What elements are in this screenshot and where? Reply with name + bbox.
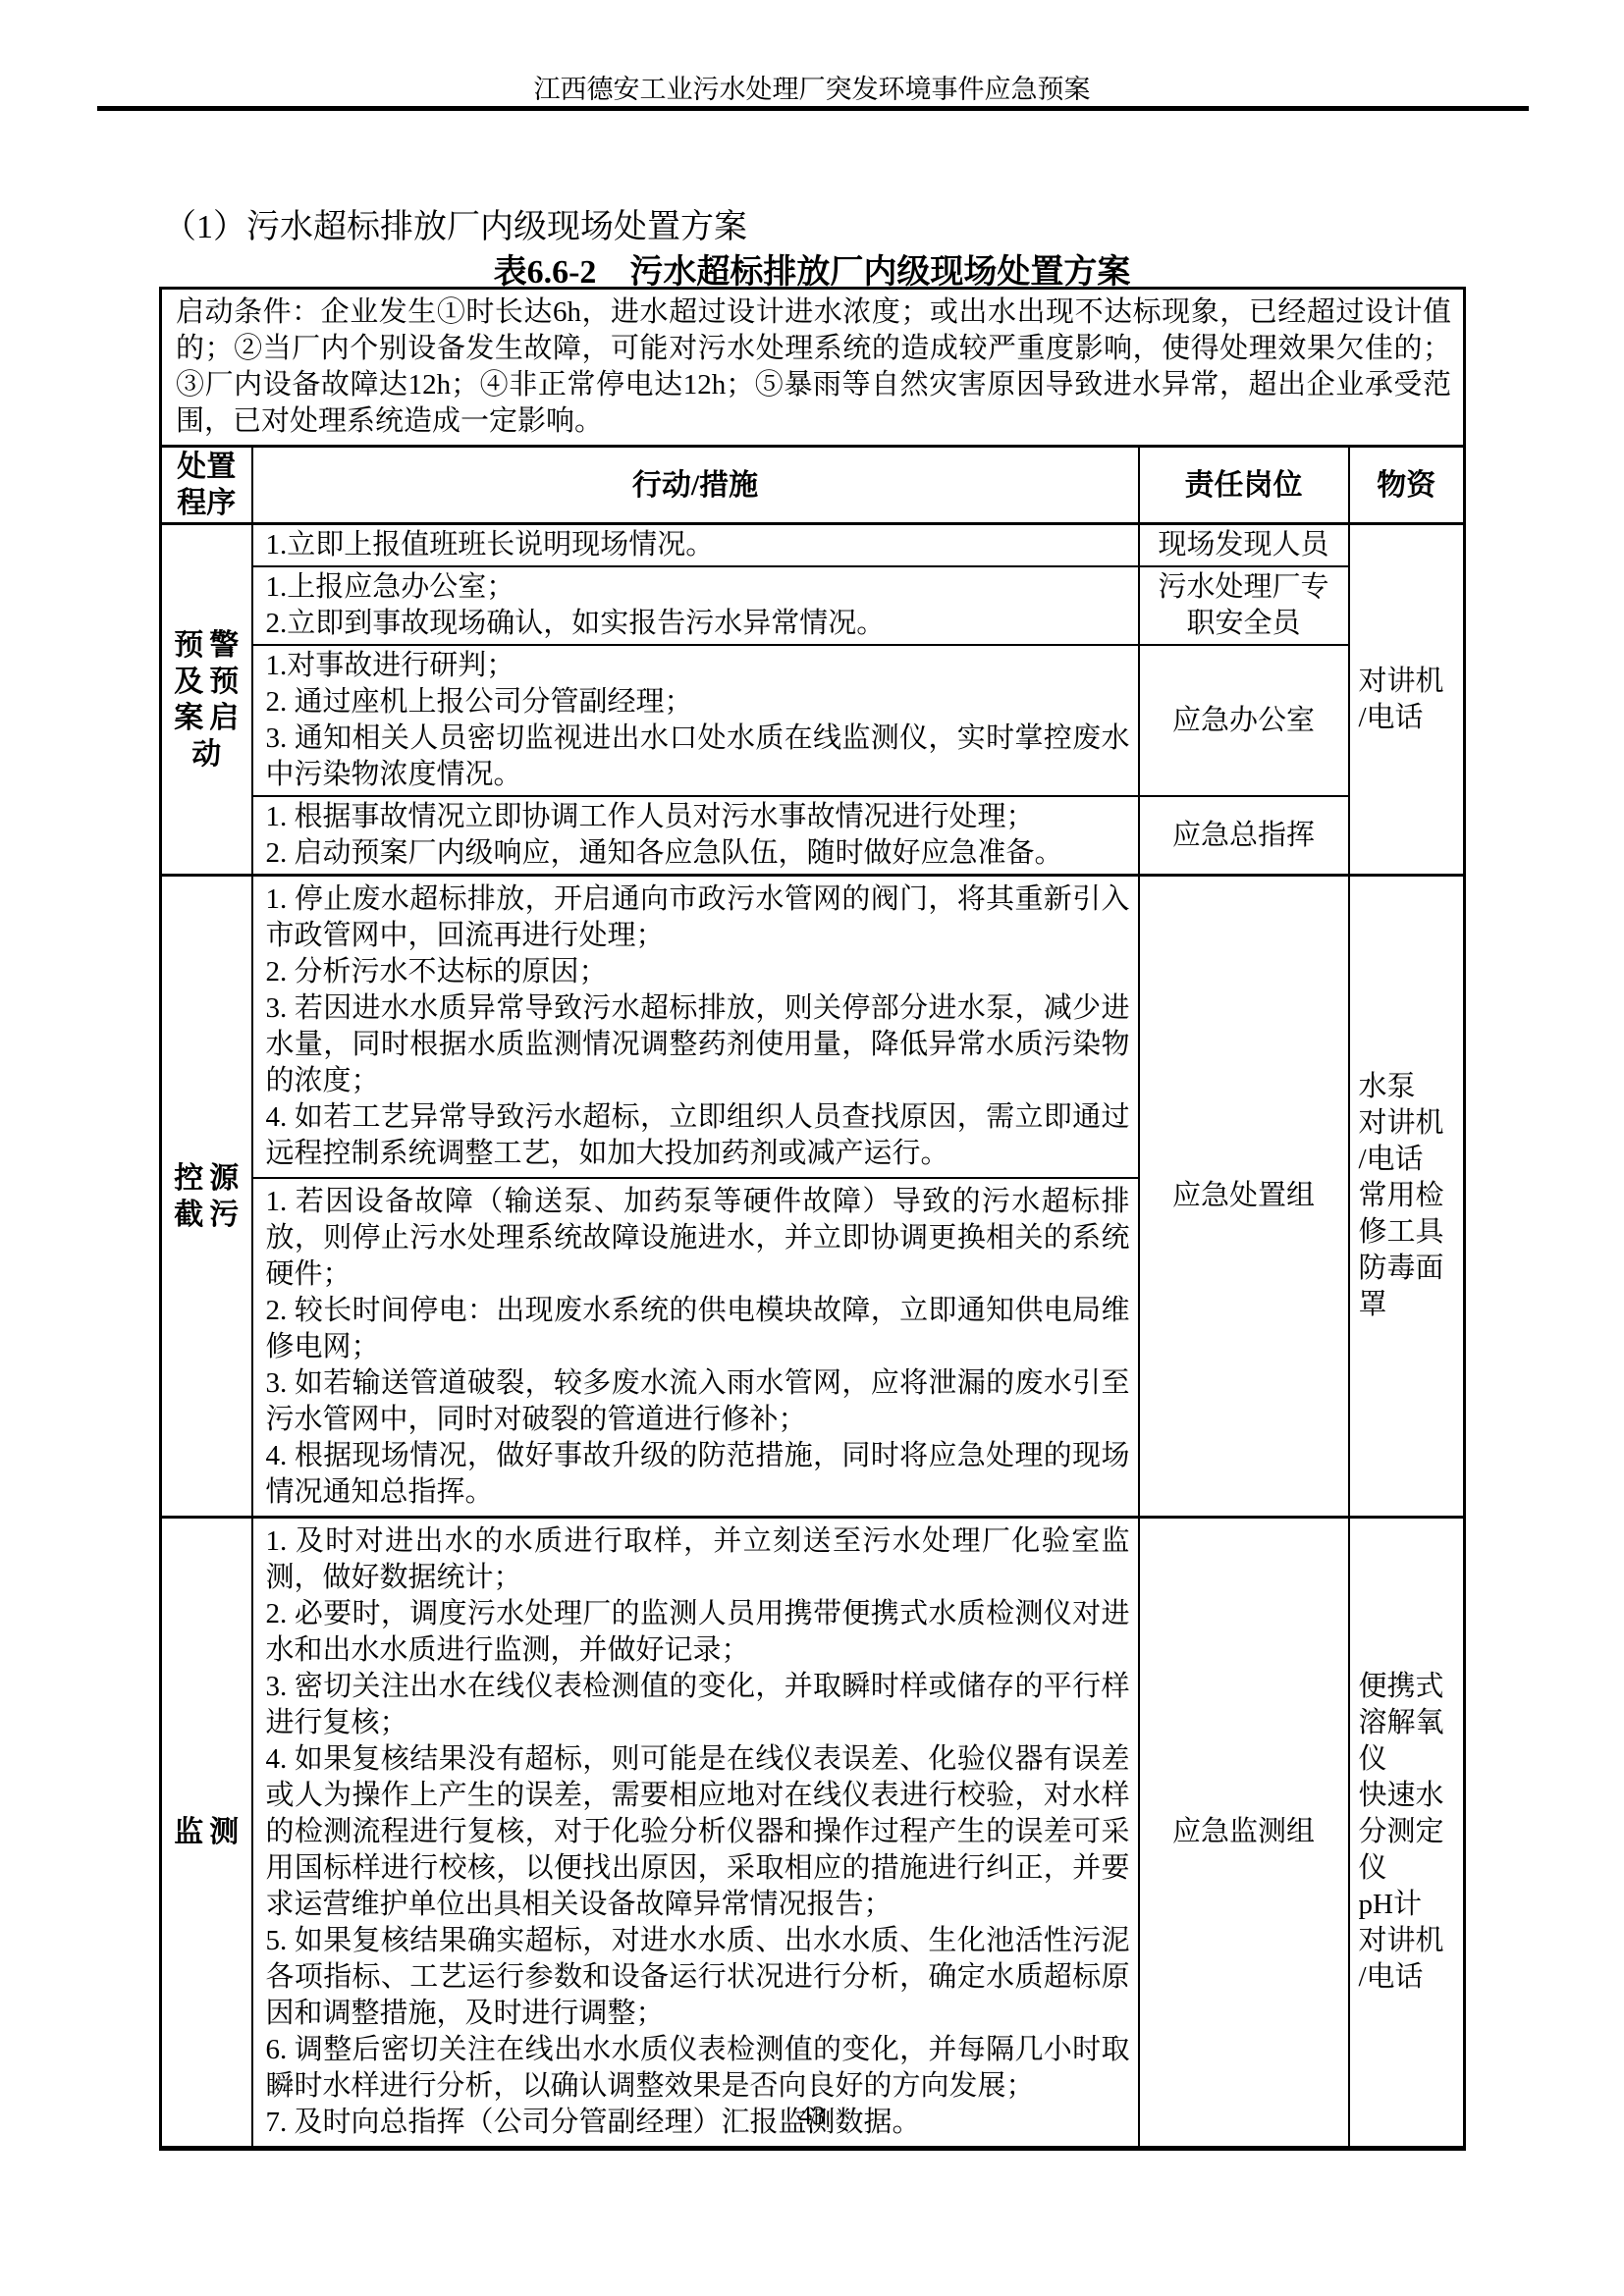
- table-row: 控源截污 1. 停止废水超标排放，开启通向市政污水管网的阀门，将其重新引入市政管…: [161, 876, 1465, 1179]
- role-cell: 应急监测组: [1139, 1518, 1349, 2149]
- table-row: 预警及预案启动 1.立即上报值班班长说明现场情况。 现场发现人员 对讲机 /电话: [161, 524, 1465, 567]
- actions-cell: 1.立即上报值班班长说明现场情况。: [252, 524, 1139, 567]
- document-page: 江西德安工业污水处理厂突发环境事件应急预案 （1）污水超标排放厂内级现场处置方案…: [0, 0, 1624, 2296]
- disposal-table: 启动条件：企业发生①时长达6h，进水超过设计进水浓度；或出水出现不达标现象，已经…: [159, 287, 1466, 2151]
- actions-cell: 1.上报应急办公室； 2.立即到事故现场确认，如实报告污水异常情况。: [252, 566, 1139, 645]
- role-cell: 应急总指挥: [1139, 796, 1349, 876]
- column-header-row: 处置程序 行动/措施 责任岗位 物资: [161, 447, 1465, 524]
- table-row: 监测 1. 及时对进出水的水质进行取样，并立刻送至污水处理厂化验室监测，做好数据…: [161, 1518, 1465, 2149]
- role-cell: 应急办公室: [1139, 645, 1349, 796]
- actions-cell: 1. 根据事故情况立即协调工作人员对污水事故情况进行处理； 2. 启动预案厂内级…: [252, 796, 1139, 876]
- actions-cell: 1. 及时对进出水的水质进行取样，并立刻送至污水处理厂化验室监测，做好数据统计；…: [252, 1518, 1139, 2149]
- procedure-cell-warning: 预警及预案启动: [161, 524, 252, 876]
- actions-cell: 1. 若因设备故障（输送泵、加药泵等硬件故障）导致的污水超标排放，则停止污水处理…: [252, 1178, 1139, 1518]
- table-row: 1.对事故进行研判； 2. 通过座机上报公司分管副经理； 3. 通知相关人员密切…: [161, 645, 1465, 796]
- header-rule: [97, 106, 1529, 111]
- page-number: 43: [0, 2101, 1624, 2131]
- section-heading: （1）污水超标排放厂内级现场处置方案: [163, 208, 747, 247]
- materials-cell: 对讲机 /电话: [1349, 524, 1465, 876]
- actions-cell: 1. 停止废水超标排放，开启通向市政污水管网的阀门，将其重新引入市政管网中，回流…: [252, 876, 1139, 1179]
- trigger-row: 启动条件：企业发生①时长达6h，进水超过设计进水浓度；或出水出现不达标现象，已经…: [161, 289, 1465, 447]
- role-cell: 现场发现人员: [1139, 524, 1349, 567]
- col-header-materials: 物资: [1349, 447, 1465, 524]
- materials-cell: 水泵 对讲机 /电话 常用检修工具 防毒面罩: [1349, 876, 1465, 1518]
- table-row: 1.上报应急办公室； 2.立即到事故现场确认，如实报告污水异常情况。 污水处理厂…: [161, 566, 1465, 645]
- trigger-conditions-cell: 启动条件：企业发生①时长达6h，进水超过设计进水浓度；或出水出现不达标现象，已经…: [161, 289, 1465, 447]
- page-header-title: 江西德安工业污水处理厂突发环境事件应急预案: [0, 75, 1624, 104]
- role-cell: 污水处理厂专职安全员: [1139, 566, 1349, 645]
- table-row: 1. 根据事故情况立即协调工作人员对污水事故情况进行处理； 2. 启动预案厂内级…: [161, 796, 1465, 876]
- col-header-role: 责任岗位: [1139, 447, 1349, 524]
- procedure-cell-monitoring: 监测: [161, 1518, 252, 2149]
- role-cell: 应急处置组: [1139, 876, 1349, 1518]
- materials-cell: 便携式溶解氧仪 快速水分测定仪 pH计 对讲机 /电话: [1349, 1518, 1465, 2149]
- actions-cell: 1.对事故进行研判； 2. 通过座机上报公司分管副经理； 3. 通知相关人员密切…: [252, 645, 1139, 796]
- col-header-procedure: 处置程序: [161, 447, 252, 524]
- col-header-actions: 行动/措施: [252, 447, 1139, 524]
- procedure-cell-source-control: 控源截污: [161, 876, 252, 1518]
